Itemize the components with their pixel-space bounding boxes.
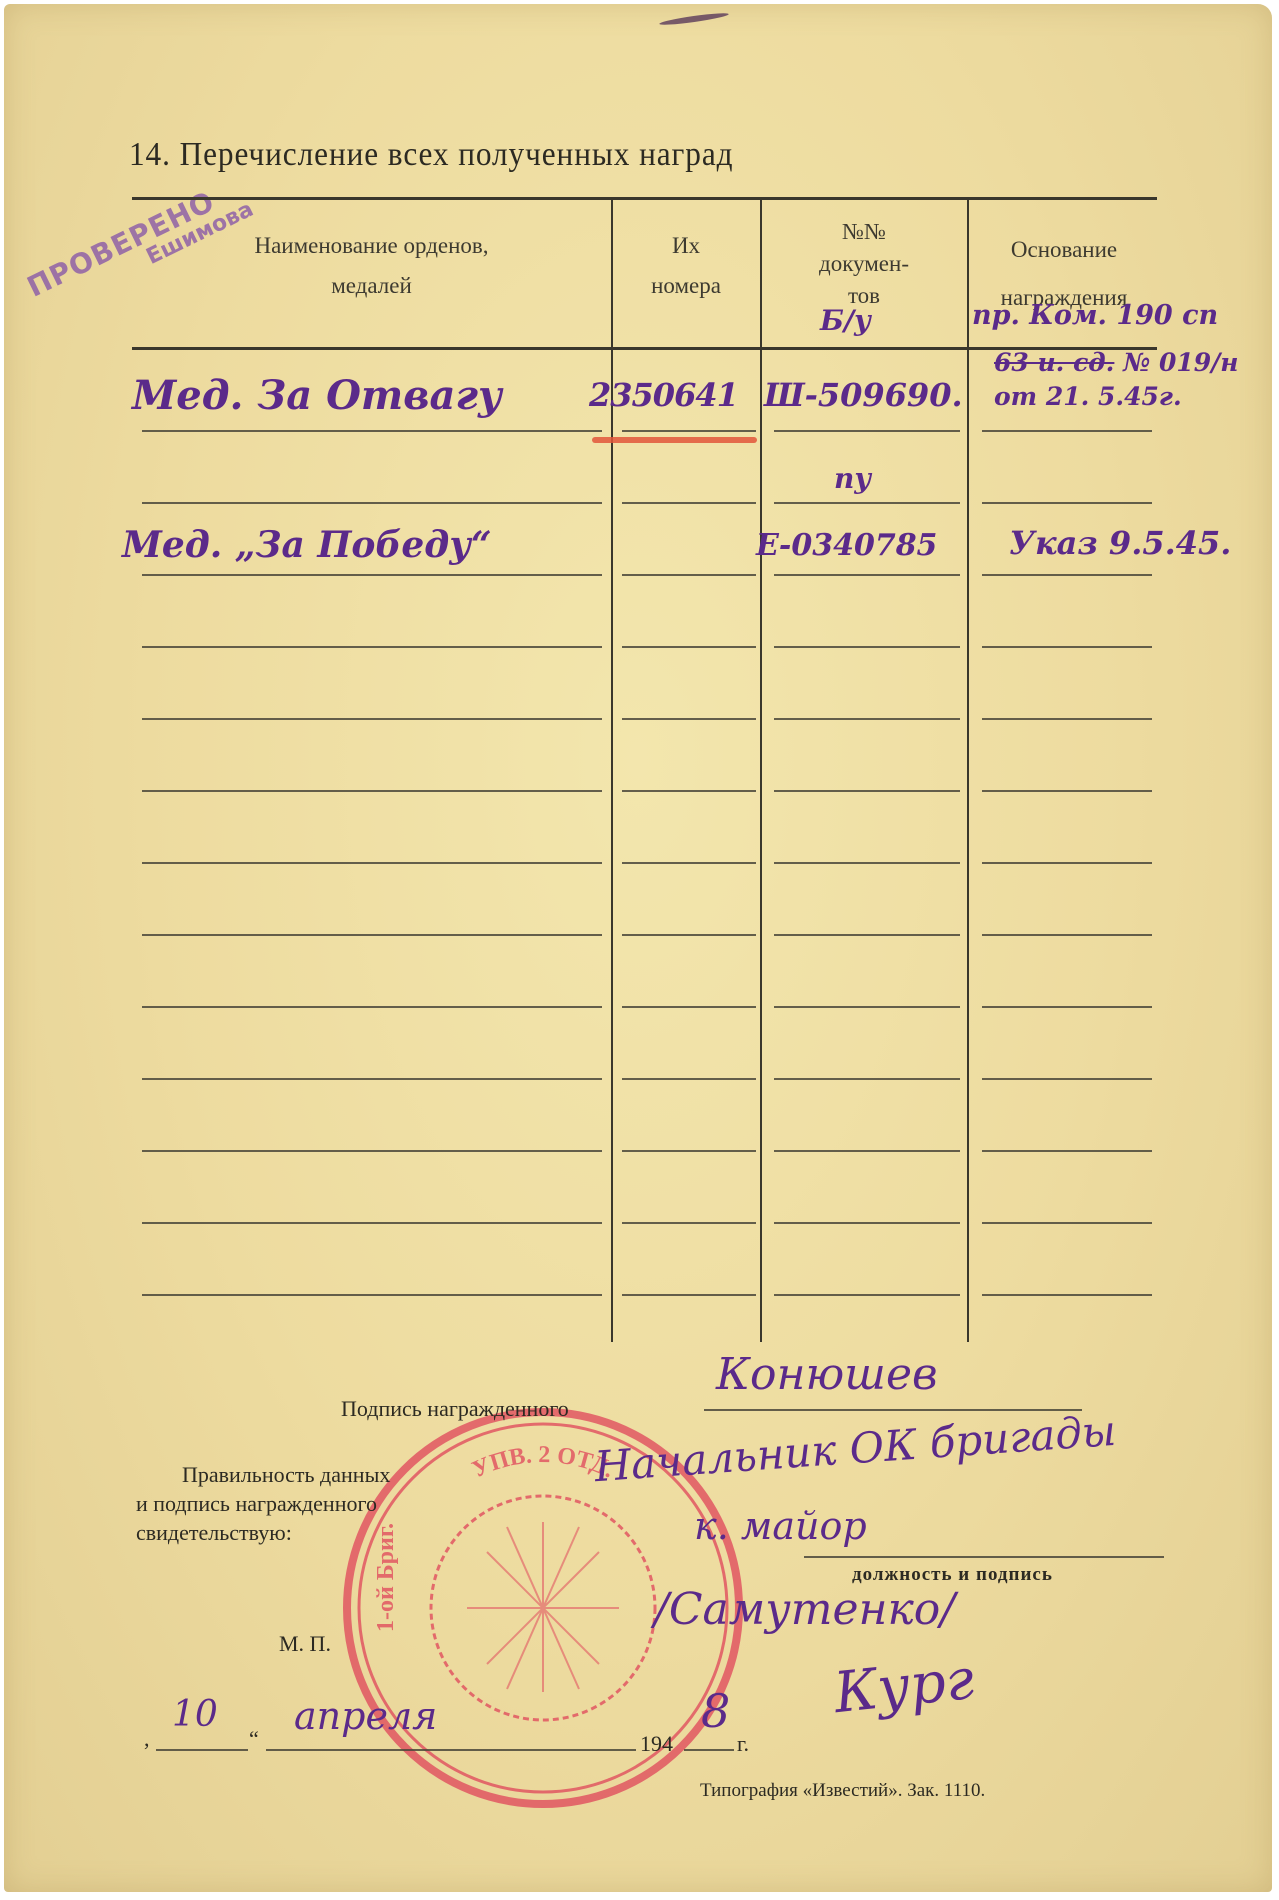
- row-rule: [774, 1078, 960, 1080]
- printer-imprint: Типография «Известий». Зак. 1110.: [700, 1780, 985, 1802]
- row-rule: [622, 718, 756, 720]
- verify-label: и подпись награжденного: [136, 1491, 377, 1517]
- row-rule: [142, 502, 602, 504]
- date-year-line: [684, 1749, 734, 1751]
- date-quote-open: ,: [144, 1726, 150, 1752]
- row-rule: [142, 646, 602, 648]
- row-rule: [774, 862, 960, 864]
- row-rule: [622, 790, 756, 792]
- header-text: Основание: [969, 226, 1159, 274]
- column-header-numbers: Их номера: [613, 226, 759, 306]
- row-rule: [774, 1006, 960, 1008]
- awardee-signature-line: [704, 1409, 1082, 1411]
- row-rule: [774, 646, 960, 648]
- awardee-signature-label: Подпись награжденного: [341, 1396, 569, 1422]
- row-rule: [142, 862, 602, 864]
- row-rule: [622, 646, 756, 648]
- row-rule: [774, 1294, 960, 1296]
- row-rule: [622, 1006, 756, 1008]
- date-day-line: [156, 1749, 248, 1751]
- row-rule: [142, 1078, 602, 1080]
- row-rule: [142, 790, 602, 792]
- basis-struck-text: 63 и. сд.: [994, 348, 1114, 377]
- official-signature: Кург: [831, 1647, 977, 1726]
- row-rule: [982, 1150, 1152, 1152]
- row-rule: [774, 718, 960, 720]
- row-rule: [142, 1222, 602, 1224]
- row-rule: [622, 574, 756, 576]
- official-name: /Самутенко/: [654, 1584, 955, 1635]
- header-text: №№: [762, 216, 966, 248]
- row-rule: [774, 934, 960, 936]
- row-rule: [622, 1222, 756, 1224]
- row-rule: [982, 790, 1152, 792]
- table-top-rule: [132, 197, 1157, 200]
- column-divider-3: [967, 200, 969, 1342]
- row-rule: [982, 574, 1152, 576]
- doc-prefix: пу: [834, 462, 871, 495]
- row-rule: [982, 1222, 1152, 1224]
- row-rule: [622, 1150, 756, 1152]
- date-month-line: [266, 1749, 636, 1751]
- row-rule: [982, 502, 1152, 504]
- row-rule: [982, 1078, 1152, 1080]
- row-rule: [142, 430, 602, 432]
- row-rule: [982, 1006, 1152, 1008]
- basis-line: пр. Ком. 190 сп: [972, 300, 1218, 331]
- ink-mark: [659, 11, 729, 27]
- row-rule: [622, 934, 756, 936]
- row-rule: [982, 430, 1152, 432]
- row-rule: [142, 1294, 602, 1296]
- column-divider-1: [611, 200, 613, 1342]
- header-text: Наименование орденов,: [134, 226, 609, 266]
- row-rule: [774, 1150, 960, 1152]
- row-rule: [774, 502, 960, 504]
- basis-line: от 21. 5.45г.: [994, 382, 1182, 411]
- column-header-award-name: Наименование орденов, медалей: [134, 226, 609, 306]
- row-rule: [774, 1222, 960, 1224]
- row-rule: [622, 430, 756, 432]
- verify-label: Правильность данных: [182, 1462, 390, 1488]
- row-rule: [982, 646, 1152, 648]
- row-rule: [982, 1294, 1152, 1296]
- header-text: докумен-: [762, 248, 966, 280]
- row-rule: [774, 790, 960, 792]
- award-name: Мед. За Отвагу: [132, 372, 502, 419]
- header-text: медалей: [134, 266, 609, 306]
- basis-line: 63 и. сд. № 019/н: [994, 348, 1239, 377]
- row-rule: [142, 718, 602, 720]
- row-rule: [142, 934, 602, 936]
- date-day: 10: [172, 1694, 218, 1735]
- row-rule: [142, 1150, 602, 1152]
- column-header-documents: №№ докумен- тов: [762, 216, 966, 312]
- row-rule: [774, 430, 960, 432]
- row-rule: [622, 502, 756, 504]
- row-rule: [982, 862, 1152, 864]
- doc-number: Е-0340785: [756, 528, 937, 563]
- awardee-signature: Конюшев: [716, 1349, 938, 1400]
- doc-prefix: Б/у: [820, 304, 871, 337]
- header-text: Их: [613, 226, 759, 266]
- official-signature-line: [804, 1556, 1164, 1558]
- award-name: Мед. „За Победу“: [122, 524, 492, 566]
- doc-number: Ш-509690.: [764, 376, 963, 414]
- date-quote-close: “: [249, 1726, 259, 1752]
- row-rule: [774, 574, 960, 576]
- basis-text: № 019/н: [1123, 348, 1238, 377]
- verify-label: свидетельствую:: [136, 1520, 292, 1546]
- row-rule: [622, 862, 756, 864]
- date-year-unit: г.: [737, 1731, 749, 1757]
- date-year-suffix: 8: [701, 1684, 730, 1738]
- document-page: 14. Перечисление всех полученных наград …: [4, 4, 1272, 1892]
- award-number: 2350641: [589, 376, 738, 414]
- row-rule: [142, 1006, 602, 1008]
- date-year-prefix: 194: [640, 1731, 673, 1757]
- row-rule: [982, 718, 1152, 720]
- column-divider-2: [760, 200, 762, 1342]
- row-rule: [982, 934, 1152, 936]
- section-title: 14. Перечисление всех полученных наград: [129, 136, 734, 174]
- position-and-signature-caption: должность и подпись: [852, 1564, 1053, 1586]
- row-rule: [622, 1294, 756, 1296]
- seal-place-label: М. П.: [279, 1631, 331, 1657]
- seal-text-side: 1-ой Бриг.: [373, 1523, 399, 1632]
- date-month: апреля: [294, 1694, 437, 1738]
- basis-line: Указ 9.5.45.: [1009, 524, 1231, 562]
- official-rank: к. майор: [694, 1504, 867, 1548]
- row-rule: [142, 574, 602, 576]
- header-text: номера: [613, 266, 759, 306]
- row-rule: [622, 1078, 756, 1080]
- red-underline: [592, 437, 757, 443]
